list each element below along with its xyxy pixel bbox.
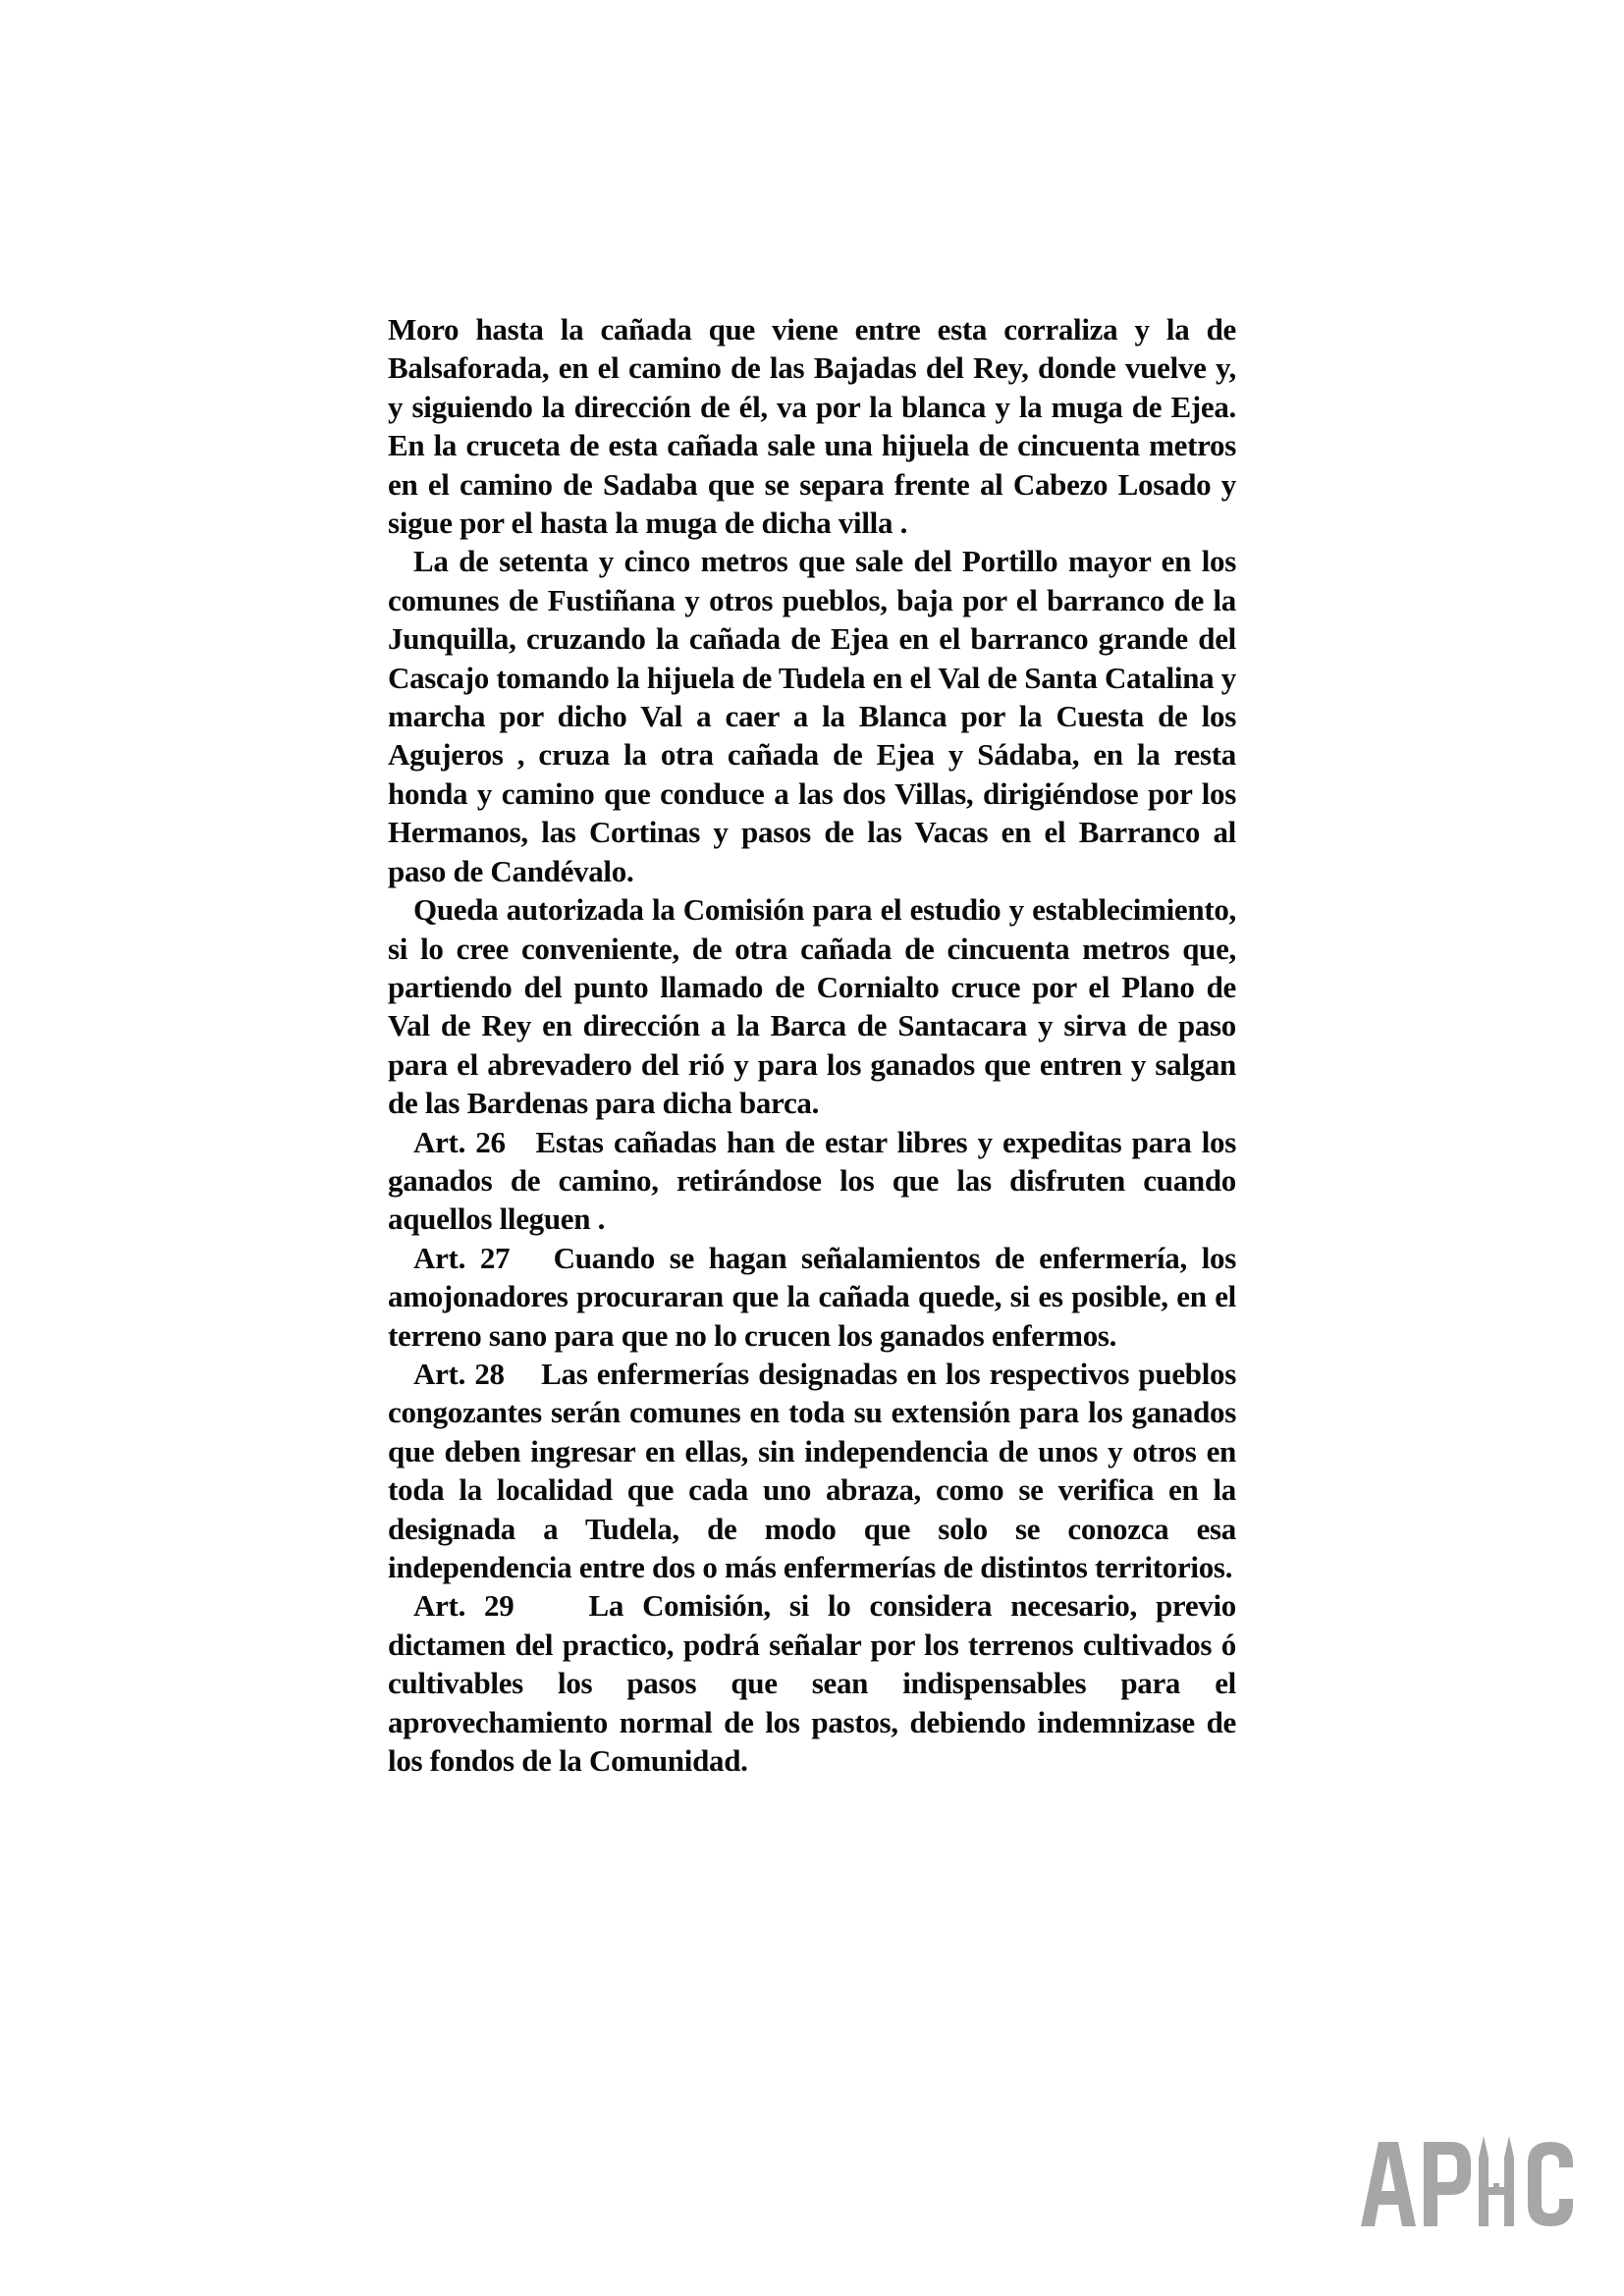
article-26: Art. 26 Estas cañadas han de estar libre… <box>388 1123 1236 1239</box>
paragraph-text: Queda autorizada la Comisión para el est… <box>388 892 1236 1120</box>
article-text: La Comisión, si lo considera necesario, … <box>388 1588 1236 1778</box>
paragraph-text: Moro hasta la cañada que viene entre est… <box>388 312 1236 540</box>
article-29: Art. 29 La Comisión, si lo considera nec… <box>388 1586 1236 1780</box>
document-page: Moro hasta la cañada que viene entre est… <box>0 0 1624 2296</box>
article-number: Art. 26 <box>413 1125 506 1159</box>
article-number: Art. 28 <box>413 1357 505 1391</box>
article-text: Estas cañadas han de estar libres y expe… <box>388 1125 1236 1237</box>
paragraph-canada-cornialto: Queda autorizada la Comisión para el est… <box>388 890 1236 1122</box>
article-text: Cuando se hagan señalamientos de enferme… <box>388 1241 1236 1353</box>
article-27: Art. 27 Cuando se hagan señalamientos de… <box>388 1239 1236 1355</box>
article-number: Art. 27 <box>413 1241 510 1275</box>
aphc-logo-icon <box>1355 2128 1581 2230</box>
article-text: Las enfermerías designadas en los respec… <box>388 1357 1236 1584</box>
article-28: Art. 28 Las enfermerías designadas en lo… <box>388 1355 1236 1586</box>
article-number: Art. 29 <box>413 1588 514 1623</box>
document-body: Moro hasta la cañada que viene entre est… <box>388 310 1236 1780</box>
paragraph-canada-portillo: La de setenta y cinco metros que sale de… <box>388 542 1236 890</box>
paragraph-canada-moro: Moro hasta la cañada que viene entre est… <box>388 310 1236 542</box>
aphc-logo: APHC <box>1355 2128 1581 2230</box>
paragraph-text: La de setenta y cinco metros que sale de… <box>388 544 1236 887</box>
